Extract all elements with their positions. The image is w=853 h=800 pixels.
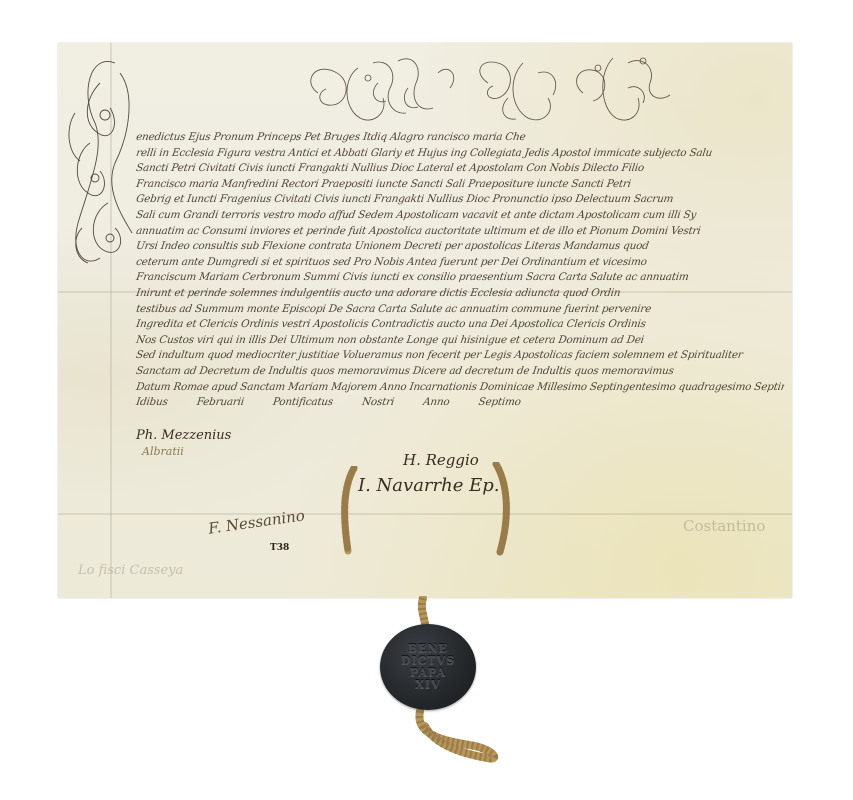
flourished-initial-b xyxy=(60,53,140,273)
parchment-document: enedictus Ejus Pronum Princeps Pet Bruge… xyxy=(58,43,792,598)
seal-cord-left xyxy=(336,466,362,556)
body-text: enedictus Ejus Pronum Princeps Pet Bruge… xyxy=(136,130,784,411)
text-line: Nos Custos viri qui in illis Dei Ultimum… xyxy=(135,333,785,349)
papal-seal: BENE DICTVS PAPA XIV xyxy=(380,624,476,710)
text-line: relli in Ecclesia Figura vestra Antici e… xyxy=(135,146,785,162)
text-line: Inirunt et perinde solemnes indulgentiis… xyxy=(135,286,785,302)
text-line: Franciscum Mariam Cerbronum Summi Civis … xyxy=(135,270,785,286)
text-line: Datum Romae apud Sanctam Mariam Majorem … xyxy=(135,380,785,396)
signature-center-2: I. Navarrhe Ep. xyxy=(358,475,500,496)
text-line: Sanctam ad Decretum de Indultis quos mem… xyxy=(135,364,785,380)
seal-inscription-line: XIV xyxy=(415,679,440,691)
text-line: Gebrig et Iuncti Fragenius Civitati Civi… xyxy=(135,192,785,208)
signature-left-1: Ph. Mezzenius xyxy=(136,428,231,443)
text-line: testibus ad Summum monte Episcopi De Sac… xyxy=(135,302,785,318)
text-line: Francisco maria Manfredini Rectori Praep… xyxy=(135,177,785,193)
faint-annotation-right: Costantino xyxy=(683,517,765,535)
dating-line: Idibus Februarii Pontificatus Nostri Ann… xyxy=(135,395,785,411)
signature-lower-left: F. Nessanino xyxy=(207,506,306,537)
text-line: Ingredita et Clericis Ordinis vestri Apo… xyxy=(135,317,785,333)
registry-number: T38 xyxy=(270,543,289,553)
text-line: annuatim ac Consumi inviores et perinde … xyxy=(135,224,785,240)
text-line: enedictus Ejus Pronum Princeps Pet Bruge… xyxy=(135,130,785,146)
calligraphic-heading xyxy=(298,53,678,133)
text-line: Ursi Indeo consultis sub Flexione contra… xyxy=(135,239,785,255)
signature-center-1: H. Reggio xyxy=(403,451,479,469)
fold-line xyxy=(58,513,792,515)
text-line: Sancti Petri Civitati Civis iuncti Frang… xyxy=(135,161,785,177)
text-line: ceterum ante Dumgredi si et spirituos se… xyxy=(135,255,785,271)
signature-left-2: Albratii xyxy=(142,445,184,458)
text-line: Sali cum Grandi terroris vestro modo aff… xyxy=(135,208,785,224)
faint-annotation-bottom: Lo fisci Casseya xyxy=(78,563,183,578)
text-line: Sed indultum quod mediocriter justitiae … xyxy=(135,348,785,364)
seal-cord-right xyxy=(490,462,516,557)
